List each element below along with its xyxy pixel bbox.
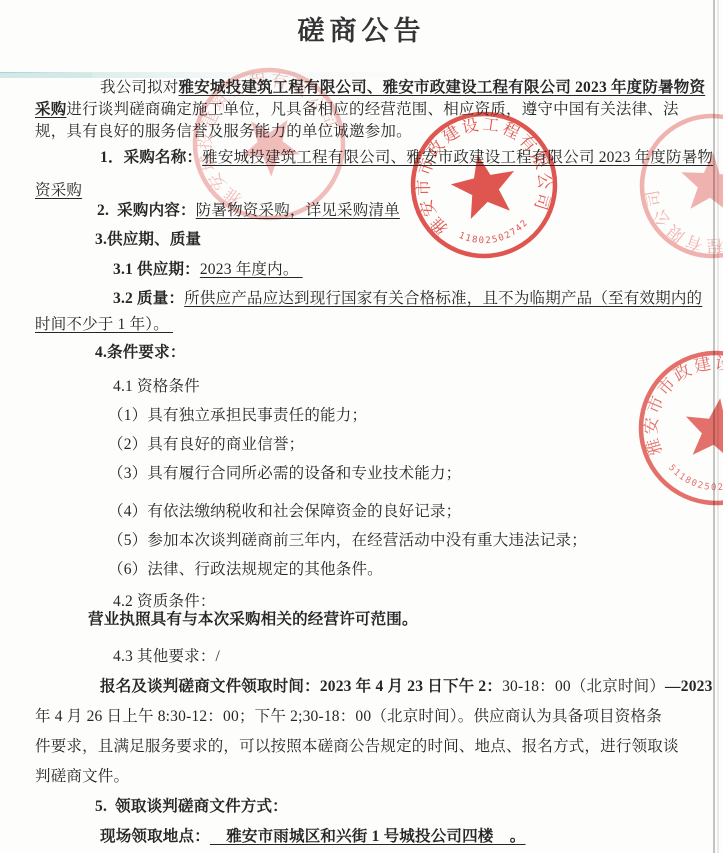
text-line: 4.1 资格条件 <box>113 377 200 397</box>
text-line: 件要求，且满足服务要求的，可以按照本磋商公告规定的时间、地点、报名方式，进行领取… <box>35 737 679 757</box>
text-segment: （6）法律、行政法规规定的其他条件。 <box>108 561 383 578</box>
svg-text:雅安城投建筑工程有限公司: 雅安城投建筑工程有限公司 <box>635 121 723 282</box>
text-segment: 3.供应期、质量 <box>95 231 201 248</box>
text-segment: 报名及谈判磋商文件领取时间： <box>100 678 320 695</box>
text-segment: 5. 领取谈判磋商文件方式： <box>95 798 288 815</box>
text-line: 时间不少于 1 年）。 <box>35 315 173 335</box>
text-line: 年 4 月 26 日上午 8:30-12：00；下午 2;30-18：00（北京… <box>35 707 662 727</box>
text-line: 报名及谈判磋商文件领取时间：2023 年 4 月 23 日下午 2：30-18：… <box>100 677 713 697</box>
company-seal-mid-right: 雅安市市政建设工程有限公司 5118025027427 <box>631 343 723 518</box>
text-segment: 3.2 质量： <box>113 290 184 307</box>
text-segment: （2）具有良好的商业信誉； <box>108 436 304 453</box>
text-segment: 雅安城投建筑工程有限公司、雅安市政建设工程有限公司 2023 年度防暑物资 <box>179 79 706 96</box>
text-segment: 4.3 其他要求：/ <box>113 648 220 665</box>
text-line: 4.条件要求： <box>95 343 186 363</box>
text-segment: 我公司拟对 <box>100 79 179 96</box>
seal-company-text: 雅安市市政建设工程有限公司 <box>400 102 561 241</box>
text-line: 营业执照具有与本次采购相关的经营许可范围。 <box>88 610 418 630</box>
text-segment: 营业执照具有与本次采购相关的经营许可范围。 <box>88 611 418 628</box>
text-segment: 雅安城投建筑工程有限公司、雅安市政建设工程有限公司 2023 年度防暑物 <box>202 149 713 166</box>
scan-edge-line-light <box>717 0 719 853</box>
text-segment: 判磋商文件。 <box>35 768 129 785</box>
page-title: 磋商公告 <box>0 9 723 48</box>
text-line: （3）具有履行合同所必需的设备和专业技术能力； <box>108 464 461 484</box>
text-line: 3.2 质量：所供应产品应达到现行国家有关合格标准，且不为临期产品（至有效期内的 <box>113 289 702 309</box>
text-segment: （3）具有履行合同所必需的设备和专业技术能力； <box>108 465 461 482</box>
text-segment: （4）有依法缴纳税收和社会保障资金的良好记录； <box>108 503 461 520</box>
text-segment: 4.2 资质条件： <box>113 593 216 610</box>
text-segment: 资采购 <box>35 182 82 199</box>
text-segment: 1．采购名称： <box>100 149 202 166</box>
text-segment: 所供应产品应达到现行国家有关合格标准，且不为临期产品（至有效期内的 <box>184 290 702 307</box>
svg-text:雅安市市政建设工程有限公司: 雅安市市政建设工程有限公司 <box>400 102 561 241</box>
text-segment: 采购 <box>35 101 66 118</box>
text-line: （6）法律、行政法规规定的其他条件。 <box>108 560 383 580</box>
text-line: 4.2 资质条件： <box>113 592 216 612</box>
document-page: 雅安城投建筑工程有限公司 雅安市市政建设工程有限公司 5118025027427 <box>0 0 723 853</box>
text-line: （1）具有独立承担民事责任的能力； <box>108 406 367 426</box>
text-line: （2）具有良好的商业信誉； <box>108 435 304 455</box>
text-segment: 件要求，且满足服务要求的，可以按照本磋商公告规定的时间、地点、报名方式，进行领取… <box>35 738 679 755</box>
text-line: 4.3 其他要求：/ <box>113 647 220 667</box>
text-segment: 2. 采购内容： <box>97 202 196 219</box>
text-segment: —2023 <box>665 678 713 695</box>
company-seal-top-right: 雅安城投建筑工程有限公司 <box>627 101 723 276</box>
text-line: 采购进行谈判磋商确定施工单位，凡具备相应的经营范围、相应资质，遵守中国有关法律、… <box>35 100 679 120</box>
text-line: 我公司拟对雅安城投建筑工程有限公司、雅安市政建设工程有限公司 2023 年度防暑… <box>100 78 705 98</box>
text-segment: 30-18：00（北京时间） <box>502 678 665 695</box>
text-segment: 2023 年 4 月 23 日下午 2： <box>320 678 502 695</box>
text-line: 1．采购名称：雅安城投建筑工程有限公司、雅安市政建设工程有限公司 2023 年度… <box>100 148 713 168</box>
text-line: 判磋商文件。 <box>35 767 129 787</box>
text-segment: （5）参加本次谈判磋商前三年内，在经营活动中没有重大违法记录； <box>108 532 587 549</box>
text-segment: 年 4 月 26 日上午 8:30-12：00；下午 2;30-18：00（北京… <box>35 708 662 725</box>
text-segment: 3.1 供应期： <box>113 261 200 278</box>
text-segment: 时间不少于 1 年）。 <box>35 316 173 333</box>
text-line: 现场领取地点： 雅安市雨城区和兴街 1 号城投公司四楼 。 <box>100 827 526 847</box>
text-segment: 现场领取地点： <box>100 828 210 845</box>
text-line: 5. 领取谈判磋商文件方式： <box>95 797 288 817</box>
text-line: 3.1 供应期：2023 年度内。 <box>113 260 303 280</box>
text-line: 3.供应期、质量 <box>95 230 201 250</box>
text-line: 2. 采购内容：防暑物资采购，详见采购清单 <box>97 201 400 221</box>
seal-company-text: 雅安城投建筑工程有限公司 <box>635 121 723 282</box>
scan-edge-line <box>713 0 715 853</box>
text-segment: 2023 年度内。 <box>200 261 303 278</box>
text-segment: 规，具有良好的服务信誉及服务能力的单位诚邀参加。 <box>35 123 412 140</box>
text-line: （5）参加本次谈判磋商前三年内，在经营活动中没有重大违法记录； <box>108 531 587 551</box>
text-segment: 4.1 资格条件 <box>113 378 200 395</box>
svg-text:雅安市市政建设工程有限公司: 雅安市市政建设工程有限公司 <box>637 344 723 476</box>
text-segment: （1）具有独立承担民事责任的能力； <box>108 407 367 424</box>
seal-company-text: 雅安市市政建设工程有限公司 <box>637 344 723 476</box>
company-seal-shizheng-main: 雅安市市政建设工程有限公司 5118025027427 <box>399 100 569 275</box>
text-line: （4）有依法缴纳税收和社会保障资金的良好记录； <box>108 502 461 522</box>
scan-artifact-cyan-strip-strong <box>0 73 92 78</box>
text-line: 规，具有良好的服务信誉及服务能力的单位诚邀参加。 <box>35 122 412 142</box>
text-segment: 4.条件要求： <box>95 344 186 361</box>
text-segment: 雅安市雨城区和兴街 1 号城投公司四楼 。 <box>210 828 526 845</box>
text-line: 资采购 <box>35 181 82 201</box>
text-segment: 防暑物资采购，详见采购清单 <box>196 202 400 219</box>
text-segment: 进行谈判磋商确定施工单位，凡具备相应的经营范围、相应资质，遵守中国有关法律、法 <box>66 101 678 118</box>
